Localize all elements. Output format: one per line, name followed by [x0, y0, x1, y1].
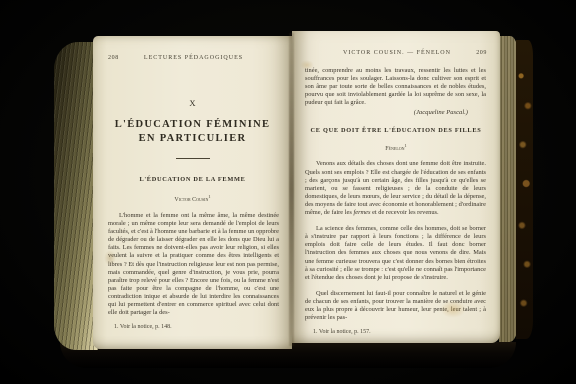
right-author-name: Fénelon — [385, 146, 404, 152]
left-page: 208 LECTURES PÉDAGOGIQUES X L'ÉDUCATION … — [93, 36, 292, 349]
left-page-number: 208 — [108, 55, 119, 61]
left-page-stack-edges — [54, 42, 98, 350]
right-author-footnote-mark: 1 — [405, 143, 407, 148]
right-page-content: VICTOR COUSIN. — FÉNELON 209 tinée, comp… — [292, 31, 500, 343]
right-running-header: VICTOR COUSIN. — FÉNELON — [307, 50, 487, 56]
quote-attribution: (Jacqueline Pascal.) — [292, 109, 468, 116]
right-page-header: VICTOR COUSIN. — FÉNELON 209 — [307, 50, 487, 59]
left-body-text: L'homme et la femme ont la même âme, la … — [108, 212, 279, 317]
left-page-header: 208 LECTURES PÉDAGOGIQUES — [108, 55, 279, 64]
right-page-number: 209 — [476, 50, 487, 56]
left-author-footnote-mark: 1 — [208, 194, 210, 199]
decorative-rule — [176, 158, 210, 159]
right-section-heading: CE QUE DOIT ÊTRE L'ÉDUCATION DES FILLES — [302, 127, 490, 134]
right-paragraph-1: Venons aux détails des choses dont une f… — [305, 160, 486, 217]
chapter-title-line1: L'ÉDUCATION FÉMININE — [115, 119, 271, 130]
left-running-header: LECTURES PÉDAGOGIQUES — [108, 55, 279, 61]
right-paragraph-1-post: et de recevoir les revenus. — [371, 209, 439, 216]
gutter-shadow — [289, 33, 294, 346]
left-section-heading: L'ÉDUCATION DE LA FEMME — [93, 176, 292, 183]
chapter-number: X — [93, 98, 292, 108]
left-section-author: Victor Cousin1 — [93, 194, 292, 203]
right-paragraph-3: Quel discernement lui faut-il pour conna… — [305, 290, 486, 322]
book-photo: 208 LECTURES PÉDAGOGIQUES X L'ÉDUCATION … — [0, 0, 576, 384]
right-page: VICTOR COUSIN. — FÉNELON 209 tinée, comp… — [292, 31, 500, 343]
right-paragraph-1-pre: Venons aux détails des choses dont une f… — [305, 160, 486, 216]
left-author-name: Victor Cousin — [174, 197, 208, 203]
italic-word: fermes — [353, 209, 370, 216]
continuation-text: tinée, comprendre au moins les travaux, … — [305, 67, 486, 107]
chapter-title-line2: EN PARTICULIER — [139, 133, 247, 144]
chapter-title: L'ÉDUCATION FÉMININE EN PARTICULIER — [93, 118, 292, 145]
right-section-author: Fénelon1 — [292, 143, 500, 152]
left-footnote: 1. Voir la notice, p. 148. — [114, 324, 279, 330]
right-footnote: 1. Voir la notice, p. 157. — [313, 329, 487, 335]
left-page-content: 208 LECTURES PÉDAGOGIQUES X L'ÉDUCATION … — [93, 36, 292, 349]
marbled-book-edge — [516, 40, 533, 339]
right-paragraph-2: La science des femmes, comme celle des h… — [305, 225, 486, 282]
